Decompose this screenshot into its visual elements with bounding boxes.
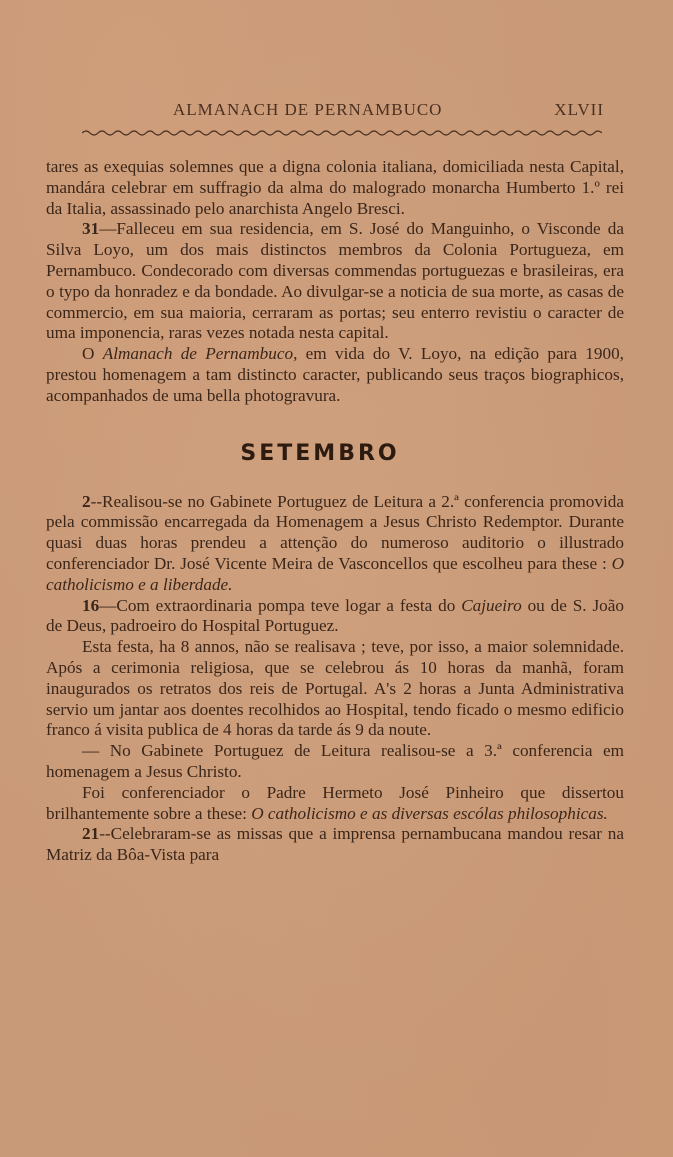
day-number: 16	[82, 596, 99, 615]
paragraph-day-21: 21--Celebraram-se as missas que a impren…	[46, 824, 624, 866]
running-head: ALMANACH DE PERNAMBUCO XLVII	[46, 100, 624, 122]
article-body-august: tares as exequias solemnes que a digna c…	[46, 157, 624, 407]
paragraph-third-conference: — No Gabinete Portuguez de Leitura reali…	[46, 741, 624, 783]
publication-title: Almanach de Pernambuco	[103, 344, 293, 363]
paragraph-conferenciador: Foi conferenciador o Padre Hermeto José …	[46, 783, 624, 825]
paragraph-day-2: 2--Realisou-se no Gabinete Portuguez de …	[46, 492, 624, 596]
day-number: 21	[82, 824, 99, 843]
almanac-page: ALMANACH DE PERNAMBUCO XLVII tares as ex…	[46, 100, 624, 866]
running-head-title: ALMANACH DE PERNAMBUCO	[173, 100, 442, 120]
these-title: O catholicismo e as diversas escólas phi…	[251, 804, 608, 823]
festa-name: Cajueiro	[461, 596, 521, 615]
paragraph-day-31: 31—Falleceu em sua residencia, em S. Jos…	[46, 219, 624, 344]
wavy-rule-divider	[82, 129, 602, 137]
paragraph-festa: Esta festa, ha 8 annos, não se realisava…	[46, 637, 624, 741]
article-body-september: 2--Realisou-se no Gabinete Portuguez de …	[46, 492, 624, 866]
day-number: 31	[82, 219, 99, 238]
paragraph-almanach-tribute: O Almanach de Pernambuco, em vida do V. …	[46, 344, 624, 406]
section-heading-month: SETEMBRO	[46, 441, 624, 466]
day-number: 2	[82, 492, 91, 511]
paragraph-day-16: 16—Com extraordinaria pompa teve logar a…	[46, 596, 624, 638]
paragraph-exequias: tares as exequias solemnes que a digna c…	[46, 157, 624, 219]
page-number: XLVII	[554, 100, 604, 120]
